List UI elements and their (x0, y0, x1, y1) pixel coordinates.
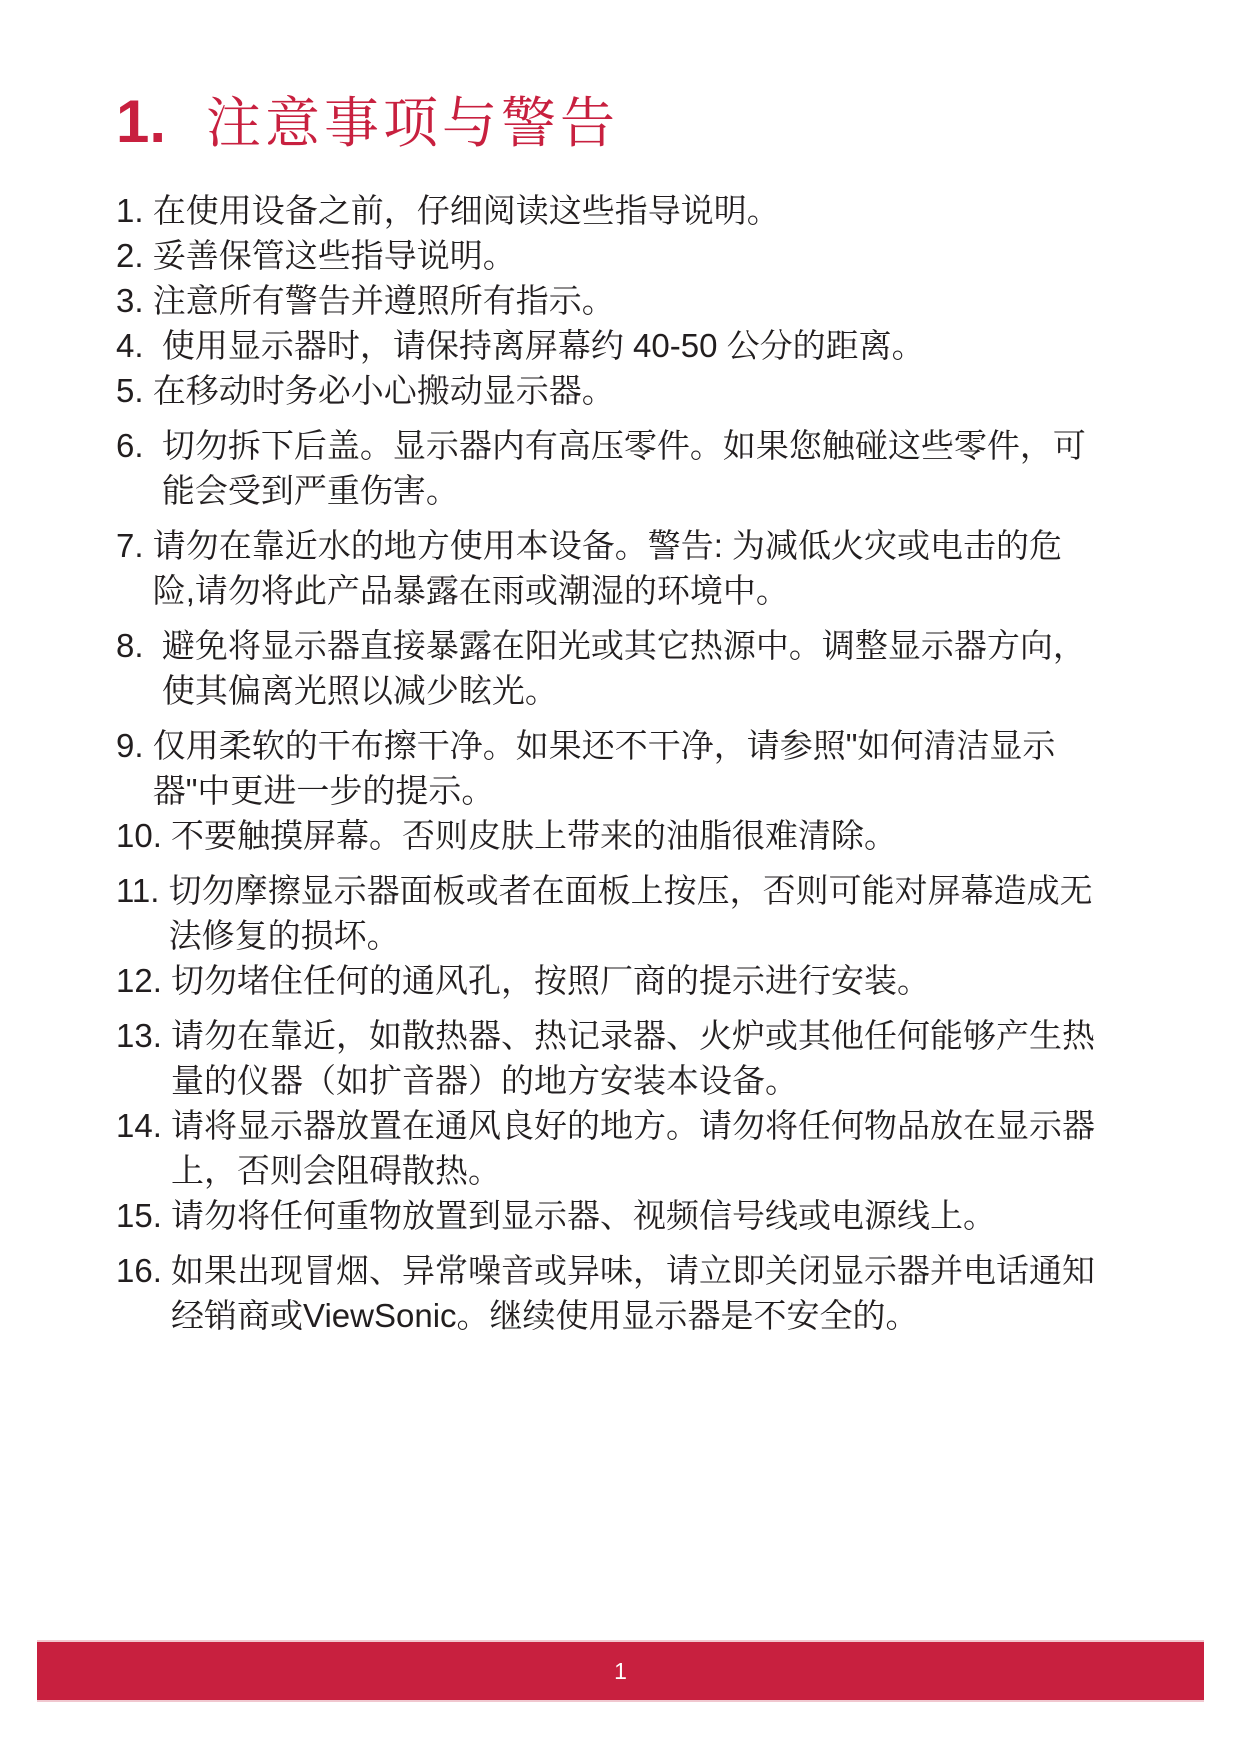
page-title-text: 注意事项与警告 (206, 96, 619, 151)
list-item-number: 7. (116, 523, 153, 568)
list-item: 6. 切勿拆下后盖。显示器内有高压零件。如果您触碰这些零件，可 能会受到严重伤害… (116, 423, 1181, 513)
list-item-text: 在移动时务必小心搬动显示器。 (153, 368, 615, 413)
list-item-number: 9. (116, 723, 153, 768)
list-item: 7. 请勿在靠近水的地方使用本设备。警告: 为减低火灾或电击的危 险,请勿将此产… (116, 523, 1181, 613)
list-item: 2. 妥善保管这些指导说明。 (116, 233, 1181, 278)
list-item-text: 请将显示器放置在通风良好的地方。请勿将任何物品放在显示器 上，否则会阻碍散热。 (171, 1103, 1095, 1193)
list-item-text: 仅用柔软的干布擦干净。如果还不干净，请参照"如何清洁显示 器"中更进一步的提示。 (153, 723, 1056, 813)
list-item: 14. 请将显示器放置在通风良好的地方。请勿将任何物品放在显示器 上，否则会阻碍… (116, 1103, 1181, 1193)
list-item: 9. 仅用柔软的干布擦干净。如果还不干净，请参照"如何清洁显示 器"中更进一步的… (116, 723, 1181, 813)
list-item-number: 10. (116, 813, 171, 858)
list-item-number: 8. (116, 623, 162, 668)
list-item-text: 请勿在靠近，如散热器、热记录器、火炉或其他任何能够产生热 量的仪器（如扩音器）的… (171, 1013, 1095, 1103)
list-item-text: 不要触摸屏幕。否则皮肤上带来的油脂很难清除。 (171, 813, 897, 858)
list-item-number: 6. (116, 423, 162, 468)
page-title-number: 1. (116, 92, 166, 152)
list-item-text: 如果出现冒烟、异常噪音或异味，请立即关闭显示器并电话通知 经销商或ViewSon… (171, 1248, 1095, 1338)
instruction-list: 1. 在使用设备之前，仔细阅读这些指导说明。2. 妥善保管这些指导说明。3. 注… (116, 188, 1181, 1338)
list-item: 15. 请勿将任何重物放置到显示器、视频信号线或电源线上。 (116, 1193, 1181, 1238)
list-item-text: 避免将显示器直接暴露在阳光或其它热源中。调整显示器方向， 使其偏离光照以减少眩光… (162, 623, 1086, 713)
list-item: 10. 不要触摸屏幕。否则皮肤上带来的油脂很难清除。 (116, 813, 1181, 858)
list-item: 16. 如果出现冒烟、异常噪音或异味，请立即关闭显示器并电话通知 经销商或Vie… (116, 1248, 1181, 1338)
page-footer: 1 (37, 1642, 1204, 1700)
list-item-number: 13. (116, 1013, 171, 1058)
list-item: 11. 切勿摩擦显示器面板或者在面板上按压，否则可能对屏幕造成无 法修复的损坏。 (116, 868, 1181, 958)
list-item: 8. 避免将显示器直接暴露在阳光或其它热源中。调整显示器方向， 使其偏离光照以减… (116, 623, 1181, 713)
list-item: 4. 使用显示器时，请保持离屏幕约 40-50 公分的距离。 (116, 323, 1181, 368)
list-item-text: 妥善保管这些指导说明。 (153, 233, 516, 278)
list-item-text: 注意所有警告并遵照所有指示。 (153, 278, 615, 323)
list-item-number: 5. (116, 368, 153, 413)
list-item-text: 切勿摩擦显示器面板或者在面板上按压，否则可能对屏幕造成无 法修复的损坏。 (169, 868, 1093, 958)
list-item: 5. 在移动时务必小心搬动显示器。 (116, 368, 1181, 413)
page-number: 1 (614, 1660, 627, 1683)
list-item: 1. 在使用设备之前，仔细阅读这些指导说明。 (116, 188, 1181, 233)
list-item: 12. 切勿堵住任何的通风孔，按照厂商的提示进行安装。 (116, 958, 1181, 1003)
list-item-number: 4. (116, 323, 162, 368)
list-item-text: 请勿在靠近水的地方使用本设备。警告: 为减低火灾或电击的危 险,请勿将此产品暴露… (153, 523, 1062, 613)
list-item-text: 请勿将任何重物放置到显示器、视频信号线或电源线上。 (171, 1193, 996, 1238)
list-item-text: 在使用设备之前，仔细阅读这些指导说明。 (153, 188, 780, 233)
list-item-number: 1. (116, 188, 153, 233)
list-item-text: 切勿拆下后盖。显示器内有高压零件。如果您触碰这些零件，可 能会受到严重伤害。 (162, 423, 1086, 513)
list-item-number: 12. (116, 958, 171, 1003)
page-title: 1. 注意事项与警告 (116, 92, 619, 152)
list-item-number: 3. (116, 278, 153, 323)
list-item-text: 使用显示器时，请保持离屏幕约 40-50 公分的距离。 (162, 323, 925, 368)
list-item-number: 2. (116, 233, 153, 278)
list-item-number: 11. (116, 868, 169, 913)
list-item: 3. 注意所有警告并遵照所有指示。 (116, 278, 1181, 323)
list-item: 13. 请勿在靠近，如散热器、热记录器、火炉或其他任何能够产生热 量的仪器（如扩… (116, 1013, 1181, 1103)
list-item-number: 15. (116, 1193, 171, 1238)
list-item-number: 14. (116, 1103, 171, 1148)
document-page: 1. 注意事项与警告 1. 在使用设备之前，仔细阅读这些指导说明。2. 妥善保管… (0, 0, 1241, 1754)
list-item-text: 切勿堵住任何的通风孔，按照厂商的提示进行安装。 (171, 958, 930, 1003)
list-item-number: 16. (116, 1248, 171, 1293)
